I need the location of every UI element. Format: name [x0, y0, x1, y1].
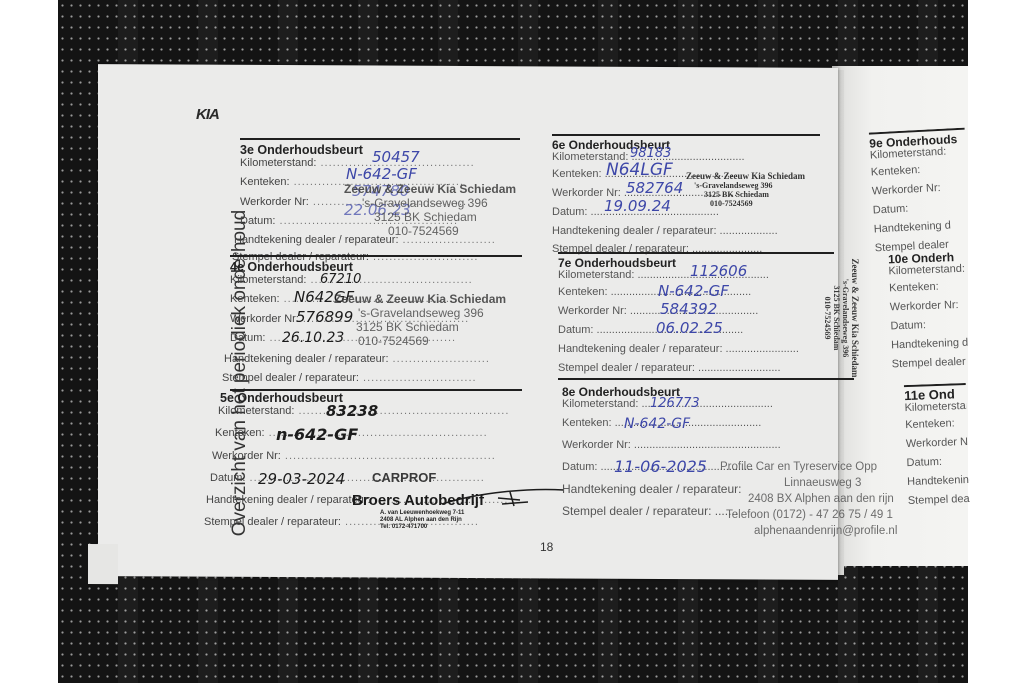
handwritten-plate: N-642-GF — [624, 416, 690, 432]
service-title: 8e Onderhoudsbeurt — [562, 386, 862, 398]
handwritten-plate: N-642-GF — [658, 282, 729, 300]
date-field: Datum: — [906, 452, 969, 473]
handwritten-order: 584392 — [660, 300, 717, 318]
divider — [552, 134, 820, 136]
handwritten-km: 67210 — [320, 272, 361, 287]
handwritten-km: 126773 — [650, 396, 700, 411]
dealer-stamp: Zeeuw & Zeeuw Kia Schiedam 's-Gravelands… — [334, 292, 506, 348]
handwritten-date: 06.02.25 — [656, 319, 723, 337]
signature-scribble — [440, 484, 570, 514]
plate-field: Kenteken: ..............................… — [562, 412, 862, 434]
handwritten-date: 29-03-2024 — [258, 470, 345, 488]
handwritten-date: 11-06-2025 — [614, 457, 707, 476]
km-field: Kilometerstand: — [904, 400, 966, 414]
order-field: Werkorder Nr: — [889, 296, 968, 318]
carprof-stamp-logo: CARPROF — [372, 470, 436, 485]
service-entry-9: 9e Onderhouds Kilometerstand: Kenteken: … — [869, 128, 971, 259]
handwritten-km: 50457 — [372, 148, 420, 166]
handwritten-plate: n-642-GF — [276, 425, 358, 444]
stamp-field: Stempel dealer / reparateur: ...........… — [204, 511, 540, 533]
handwritten-order: 582764 — [626, 179, 683, 197]
handwritten-km: 83238 — [326, 402, 378, 420]
divider — [230, 255, 522, 257]
signature-field: Handtekening d — [907, 471, 970, 492]
signature-field: Handtekening dealer / reparateur: ......… — [558, 340, 834, 359]
divider — [558, 378, 854, 380]
service-title: 4e Onderhoudsbeurt — [230, 261, 522, 274]
handwritten-plate: N-642-GF — [346, 165, 417, 183]
divider — [558, 252, 834, 254]
profile-stamp: Profile Car en Tyreservice Opp Linnaeusw… — [720, 459, 897, 539]
stamp-field: Stempel dealer / reparateur: ...........… — [558, 359, 834, 378]
kia-logo: KIA — [196, 106, 219, 123]
km-field: Kilometerstand: — [888, 263, 966, 278]
plate-field: Kenteken: ..............................… — [215, 421, 540, 445]
service-title: 5e Onderhoudsbeurt — [220, 392, 540, 405]
page-number: 18 — [540, 540, 553, 554]
service-entry-11: 11e Ond Kilometerstand: Kenteken: Werkor… — [904, 383, 970, 511]
dealer-stamp: Zeeuw & Zeeuw Kia Schiedam 's-Gravelands… — [344, 182, 516, 238]
stamp-field: Stempel dealer — [908, 490, 971, 511]
order-field: Werkorder Nr: ..........................… — [562, 434, 862, 456]
km-field: Kilometerstand: ........................… — [218, 405, 540, 417]
order-field: Werkorder Nr: — [906, 433, 969, 454]
km-field: Kilometerstand: ........................… — [230, 274, 522, 286]
plate-field: Kenteken: — [905, 414, 968, 435]
service-title: 6e Onderhoudsbeurt — [552, 139, 820, 151]
stamp-field: Stempel dealer — [891, 353, 970, 375]
dealer-stamp: Zeeuw & Zeeuw Kia Schiedam 's-Gravelands… — [686, 172, 805, 208]
handwritten-plate: N64LGF — [606, 160, 673, 180]
divider — [240, 138, 520, 140]
order-field: Werkorder Nr: ..........................… — [212, 445, 540, 467]
service-entry-10: 10e Onderh Kilometerstand: Kenteken: Wer… — [888, 251, 970, 375]
handwritten-km: 98183 — [630, 146, 671, 161]
km-field: Kilometerstand: ........................… — [552, 151, 820, 163]
handwritten-km: 112606 — [690, 262, 747, 280]
signature-field: Handtekening dealer / reparateur: ......… — [552, 222, 820, 241]
dealer-stamp-rotated: Zeeuw & Zeeuw Kia Schiedam 's-Gravelands… — [823, 253, 859, 383]
stamp-field: Stempel dealer / reparateur: ...........… — [222, 369, 522, 387]
km-field: Kilometerstand: ........................… — [562, 398, 862, 410]
maintenance-booklet: KIA Overzicht van het periodiek onderhou… — [0, 0, 1024, 683]
signature-field: Handtekening dealer / reparateur: ......… — [224, 349, 522, 369]
handwritten-date: 19.09.24 — [604, 197, 671, 215]
